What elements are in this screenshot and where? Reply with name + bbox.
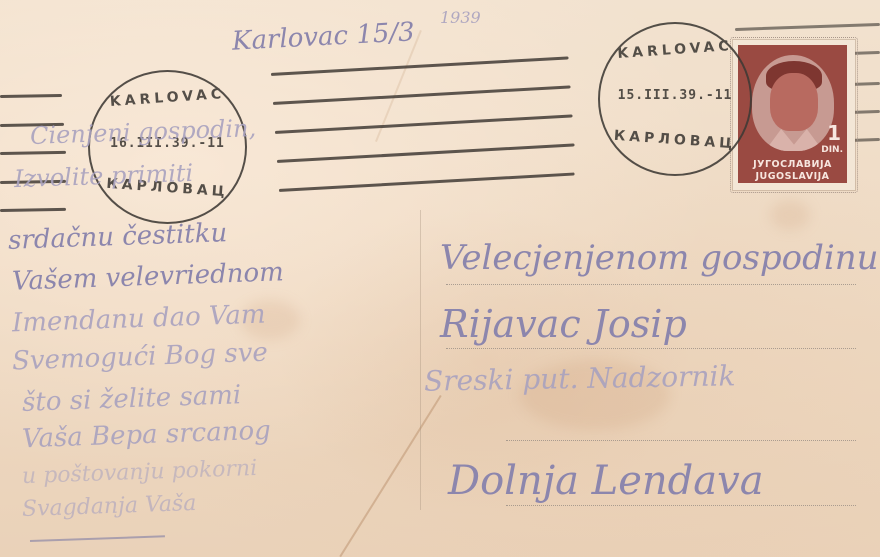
cancellation-line <box>0 94 62 98</box>
cancellation-line <box>273 85 571 105</box>
cancellation-line <box>271 56 569 76</box>
cancellation-line <box>279 172 575 192</box>
portrait-of-king-icon <box>752 55 834 151</box>
cancellation-line <box>277 143 575 163</box>
stain <box>770 200 810 230</box>
message-line: Svagdanja Vaša <box>22 491 197 522</box>
stamp-country-cyrillic: ЈУГОСЛАВИЈА <box>738 159 847 170</box>
address-name: Rijavac Josip <box>440 302 687 346</box>
message-line: Svemogući Bog sve <box>12 338 269 377</box>
postmark-town-cyrillic: КАРЛОВАЦ <box>600 127 751 153</box>
cancellation-line <box>0 208 66 212</box>
address-title: Sreski put. Nadzornik <box>424 359 736 397</box>
signature-underline <box>30 535 165 542</box>
postmark-town: KARLOVAC <box>600 37 751 63</box>
stamp-country-latin: JUGOSLAVIJA <box>738 171 847 182</box>
message-line: Vašem velevriednom <box>12 257 285 296</box>
postcard: Karlovac 15/3 1939 1 DIN. ЈУГОСЛАВИЈА JU… <box>0 0 880 557</box>
address-line <box>446 284 856 285</box>
message-line: Imendanu dao Vam <box>12 300 266 339</box>
address-salutation: Velecjenjenom gospodinu <box>440 238 879 278</box>
message-line: u poštovanju pokorni <box>22 456 258 489</box>
message-line: Vaša Bepa srcanog <box>22 416 272 455</box>
stamp-value: 1 <box>827 123 841 143</box>
address-line <box>506 440 856 441</box>
year-note: 1939 <box>440 8 481 27</box>
cancellation-line <box>275 114 573 134</box>
cancellation-line <box>735 23 880 31</box>
postmark-right: KARLOVAC 15.III.39.-11 КАРЛОВАЦ <box>598 22 752 176</box>
postmark-date: 15.III.39.-11 <box>600 88 750 103</box>
address-line <box>446 348 856 349</box>
crease <box>339 395 441 557</box>
stamp-design: 1 DIN. ЈУГОСЛАВИЈА JUGOSLAVIJA <box>738 45 847 183</box>
card-divider <box>420 210 421 510</box>
postage-stamp: 1 DIN. ЈУГОСЛАВИЈА JUGOSLAVIJA <box>733 40 855 190</box>
place-date-note: Karlovac 15/3 <box>231 17 415 57</box>
address-line <box>506 505 856 506</box>
address-town: Dolnja Lendava <box>448 458 764 504</box>
postmark-town: KARLOVAC <box>90 85 246 112</box>
message-line: što si želite sami <box>22 380 242 418</box>
message-line: srdačnu čestitku <box>8 218 228 256</box>
cancellation-line <box>0 151 66 155</box>
stamp-currency: DIN. <box>821 145 843 155</box>
